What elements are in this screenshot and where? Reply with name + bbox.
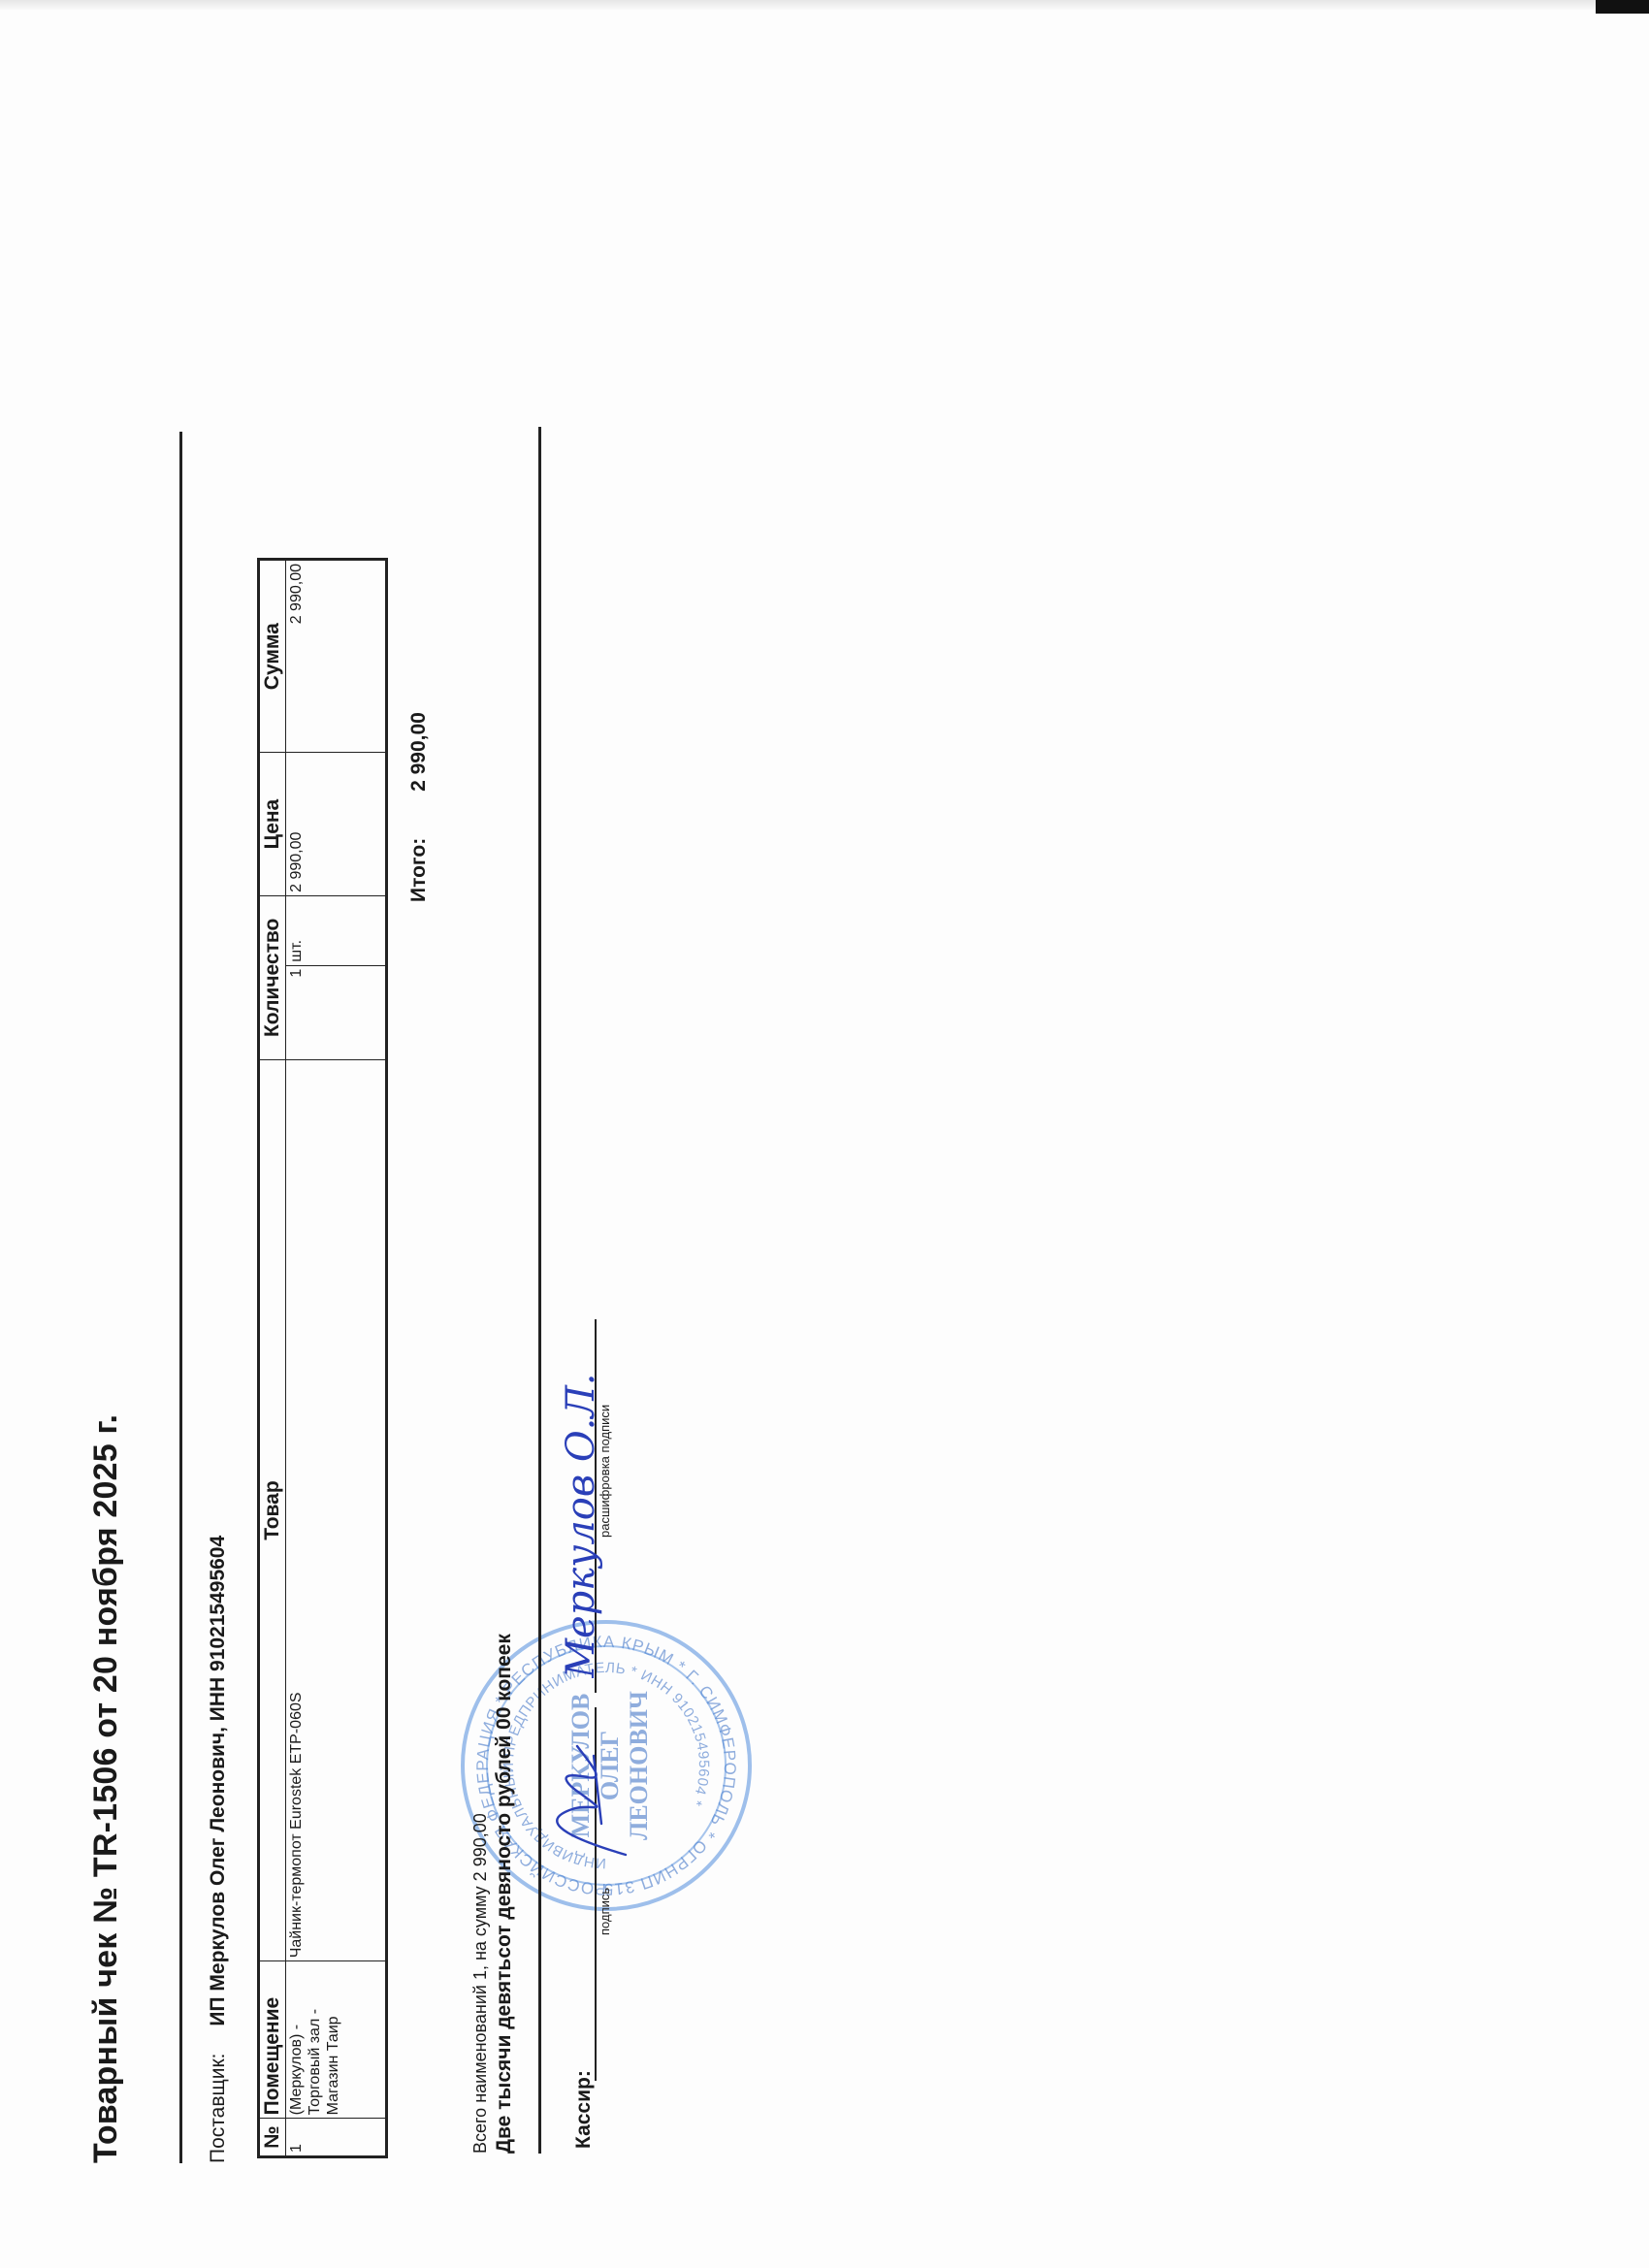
stamp-line: МЕРКУЛОВ <box>566 1624 596 1907</box>
receipt-title: Товарный чек № TR-1506 от 20 ноября 2025… <box>87 1414 125 2163</box>
items-table: № Помещение Товар Количество Цена Сумма … <box>257 558 388 2158</box>
supplier-line: Поставщик: ИП Меркулов Олег Леонович, ИН… <box>207 1536 230 2163</box>
row-item: Чайник-термопот Eurostek ETP-060S <box>286 1059 387 1960</box>
total-value: 2 990,00 <box>407 712 430 792</box>
signature-decode-line <box>595 1319 597 1693</box>
col-quantity: Количество <box>259 895 286 1059</box>
row-sum: 2 990,00 <box>286 560 387 753</box>
items-count-line: Всего наименований 1, на сумму 2 990,00 <box>470 1813 491 2154</box>
stamp-center-text: МЕРКУЛОВ ОЛЕГ ЛЕОНОВИЧ <box>566 1624 654 1907</box>
sales-receipt: Товарный чек № TR-1506 от 20 ноября 2025… <box>126 437 727 2183</box>
amount-in-words: Две тысячи девятьсот девяносто рублей 00… <box>493 1634 516 2154</box>
scan-edge <box>0 0 1649 10</box>
col-number: № <box>259 2119 286 2157</box>
signature-caption: подпись <box>598 1888 612 1935</box>
signature-decode-caption: расшифровка подписи <box>598 1405 612 1538</box>
bottom-divider <box>538 427 541 2154</box>
supplier-value: ИП Меркулов Олег Леонович, ИНН 910215495… <box>207 1536 229 2026</box>
cashier-label: Кассир: <box>572 2070 596 2149</box>
signature-line <box>595 1707 597 2081</box>
total-label: Итого: <box>407 838 430 902</box>
scan-corner-artifact <box>1596 0 1649 14</box>
row-room: (Меркулов) - Торговый зал - Магазин Таир <box>286 1961 387 2119</box>
col-room: Помещение <box>259 1961 286 2119</box>
stamp-line: ОЛЕГ <box>596 1624 625 1907</box>
row-number: 1 <box>286 2119 387 2157</box>
total-row: Итого: 2 990,00 <box>407 712 431 902</box>
row-unit: шт. <box>286 895 387 965</box>
row-qty: 1 <box>286 965 387 1059</box>
col-sum: Сумма <box>259 560 286 753</box>
row-price: 2 990,00 <box>286 753 387 896</box>
col-item: Товар <box>259 1059 286 1960</box>
supplier-label: Поставщик: <box>207 2053 229 2163</box>
table-row: 1 (Меркулов) - Торговый зал - Магазин Та… <box>286 560 387 2157</box>
table-header-row: № Помещение Товар Количество Цена Сумма <box>259 560 286 2157</box>
stamp-line: ЛЕОНОВИЧ <box>625 1624 654 1907</box>
title-divider <box>179 432 182 2163</box>
col-price: Цена <box>259 753 286 896</box>
